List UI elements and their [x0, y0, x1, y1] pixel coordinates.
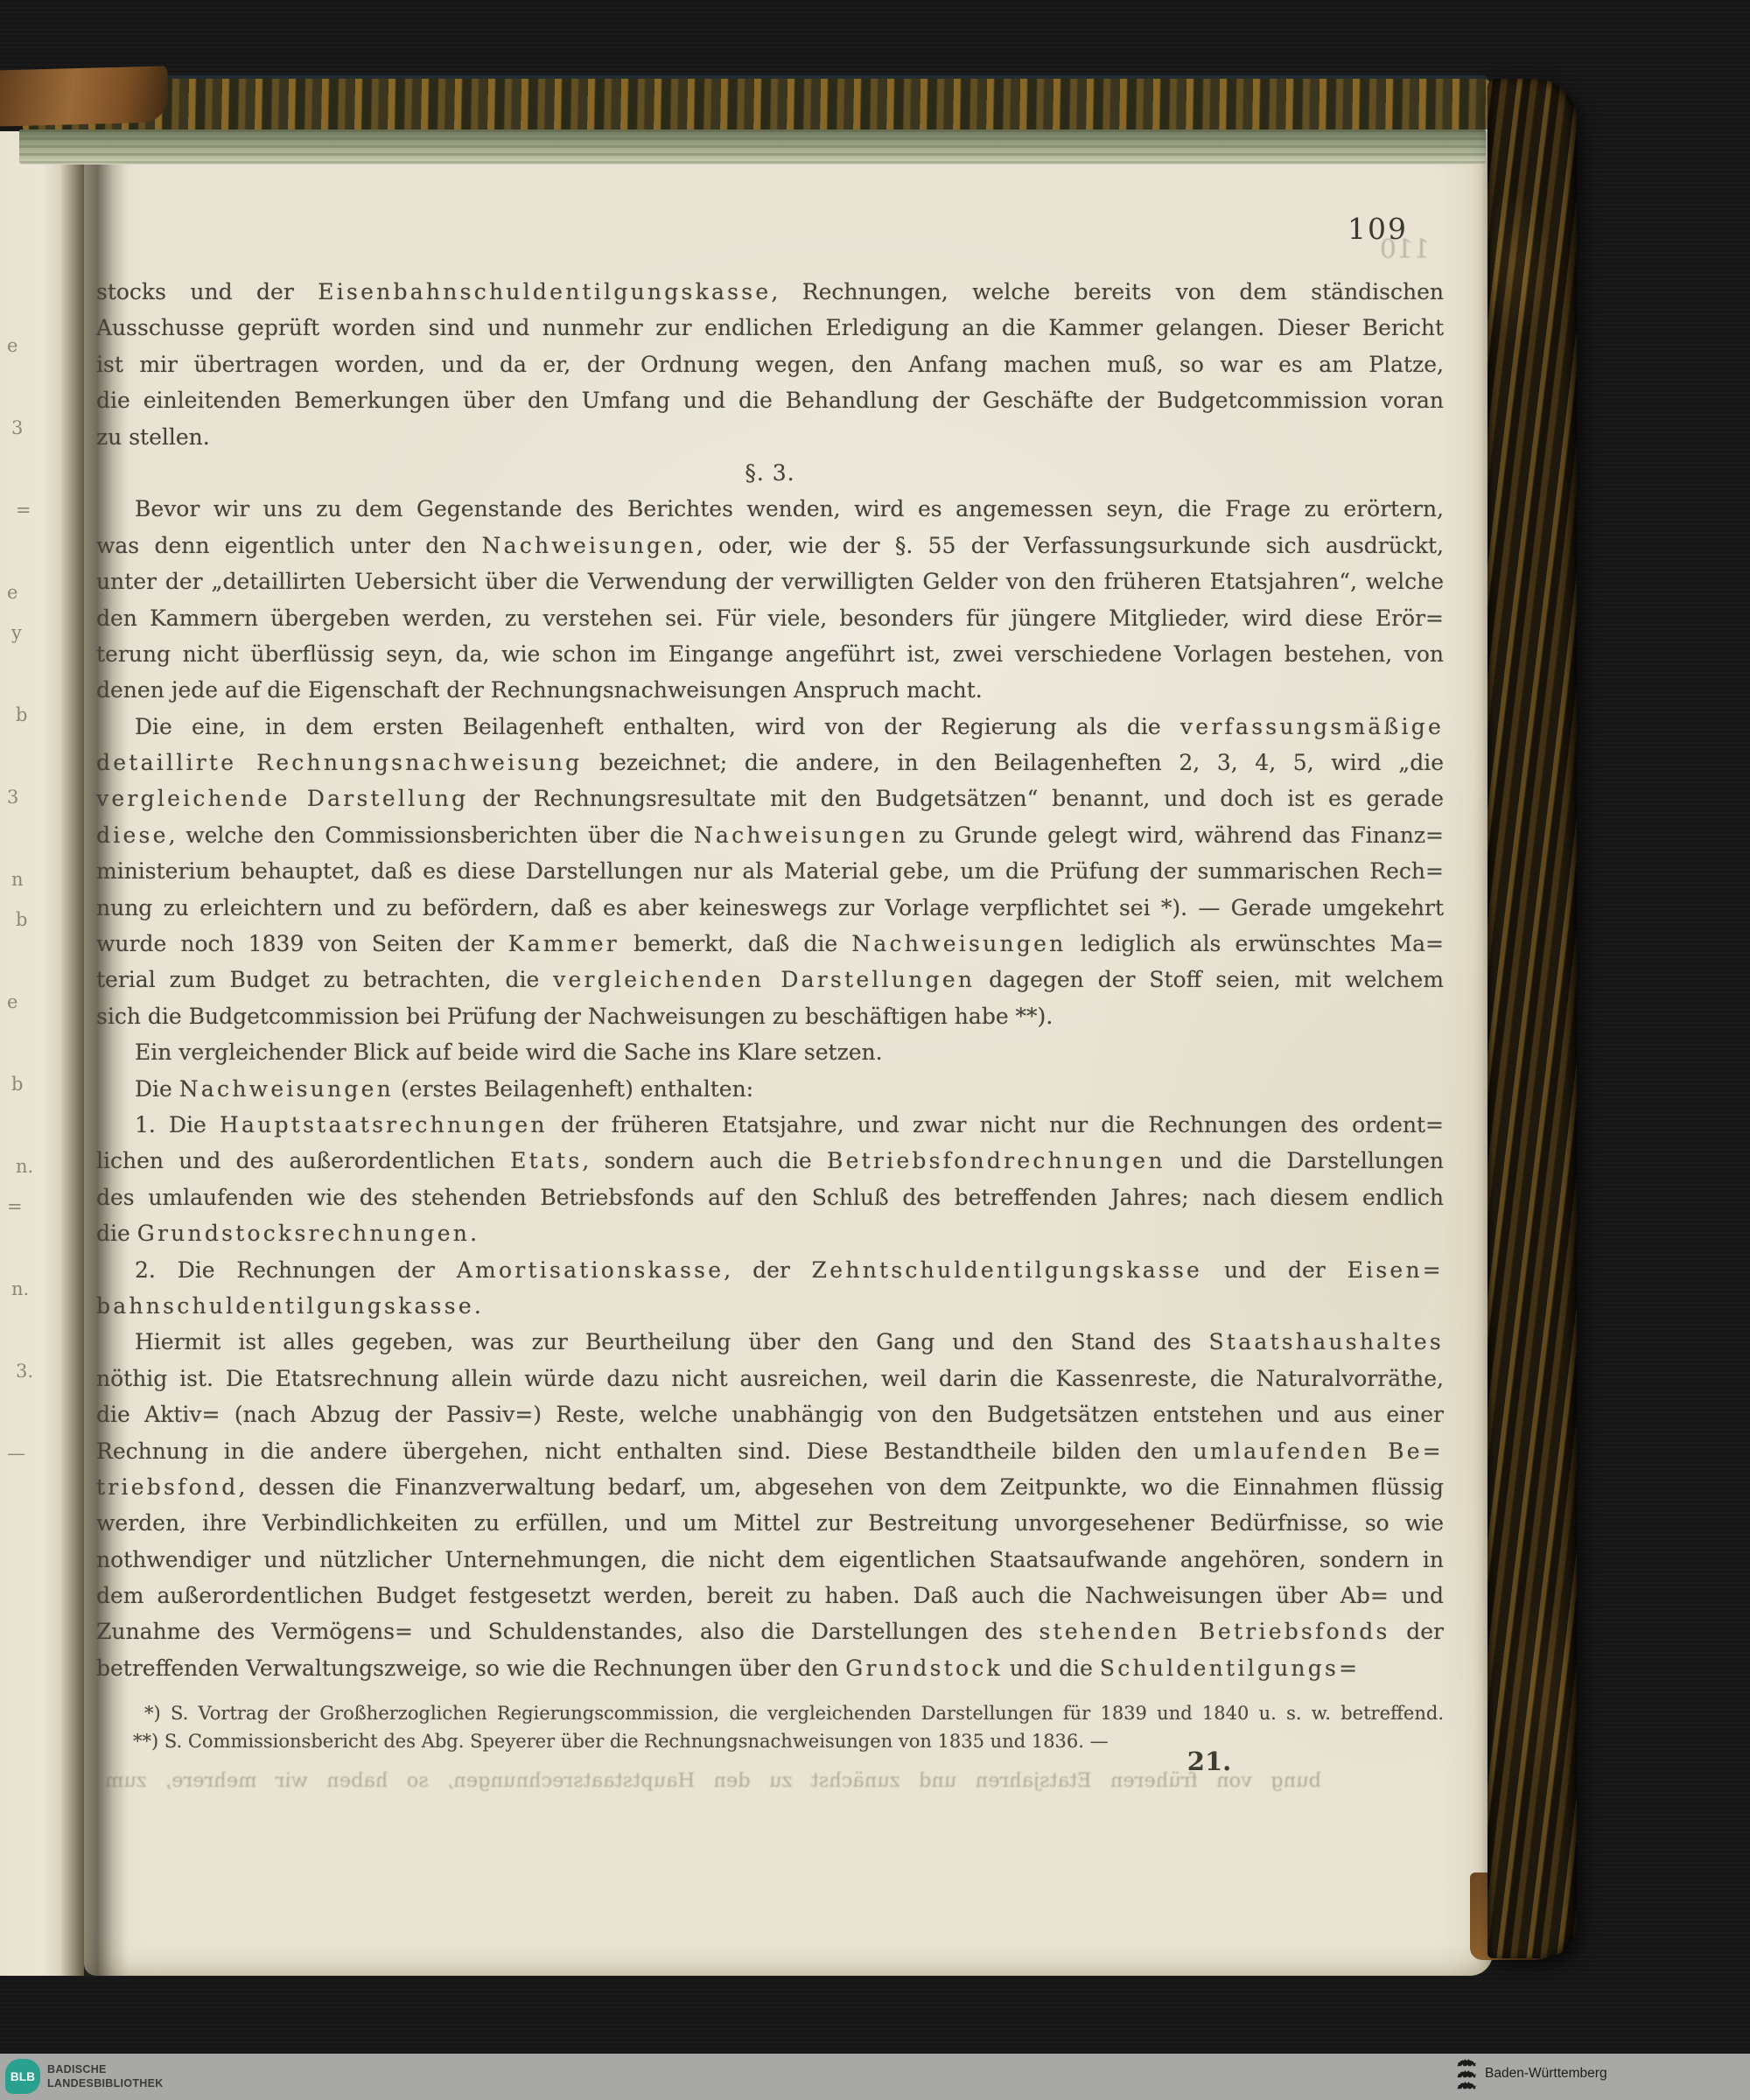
text-segment: Staatshaushaltes: [1209, 1329, 1444, 1354]
text-segment: zu Grunde gelegt wird, während das Finan…: [908, 822, 1444, 848]
text-segment: Zunahme des Vermögens= und Schuldenstand…: [96, 1619, 1039, 1644]
text-segment: Zehntschuldentilgungskasse: [812, 1257, 1202, 1283]
edge-fragment-glyph: e: [7, 993, 17, 1011]
text-segment: der früheren Etatsjahre, und zwar nicht …: [548, 1112, 1444, 1137]
text-segment: ist mir übertragen worden, und da er, de…: [96, 352, 1444, 377]
text-segment: Die eine, in dem ersten Beilagenheft ent…: [135, 714, 1180, 739]
library-name: BADISCHE LANDESBIBLIOTHEK: [47, 2063, 164, 2090]
state-logo-group: Baden-Württemberg: [1456, 2057, 1607, 2090]
text-segment: nothwendiger und nützlicher Unternehmung…: [96, 1547, 1444, 1572]
scan-viewport: { "colors": { "background": "#161616", "…: [0, 0, 1750, 2100]
book-spine: [1487, 79, 1577, 1958]
edge-fragment-glyph: n: [11, 871, 24, 889]
text-segment: lichen und des außerordentlichen: [96, 1148, 510, 1173]
text-line: dem außerordentlichen Budget festgesetzt…: [96, 1578, 1444, 1613]
text-segment: den Kammern übergeben werden, zu versteh…: [96, 605, 1444, 631]
text-line: terung nicht überflüssig seyn, da, wie s…: [96, 636, 1444, 672]
text-segment: der: [1390, 1619, 1444, 1644]
lion-icon: [1456, 2057, 1477, 2068]
text-segment: die: [96, 1221, 137, 1246]
paragraph: Bevor wir uns zu dem Gegenstande des Ber…: [96, 491, 1444, 708]
text-line: triebsfond, dessen die Finanzverwaltung …: [96, 1469, 1444, 1505]
text-segment: was denn eigentlich unter den: [96, 533, 481, 558]
text-segment: umlaufenden Be=: [1193, 1438, 1444, 1464]
text-segment: Nachweisungen: [481, 533, 696, 558]
edge-fragment-glyph: n.: [11, 1280, 29, 1298]
text-segment: die Aktiv= (nach Abzug der Passiv=) Rest…: [96, 1402, 1444, 1427]
page-top-edge: [19, 129, 1486, 164]
text-segment: Schuldentilgungs=: [1100, 1655, 1361, 1681]
text-segment: stocks und der: [96, 279, 318, 304]
page-top-marbled-edge: [23, 75, 1489, 129]
text-line: Hiermit ist alles gegeben, was zur Beurt…: [96, 1324, 1444, 1360]
text-line: terial zum Budget zu betrachten, die ver…: [96, 962, 1444, 997]
edge-fragment-glyph: y: [11, 624, 22, 642]
text-line: denen jede auf die Eigenschaft der Rechn…: [96, 672, 1444, 708]
text-line: stocks und der Eisenbahnschuldentilgungs…: [96, 274, 1444, 310]
text-line: diese, welche den Commissionsberichten ü…: [96, 817, 1444, 853]
edge-fragment-glyph: n.: [16, 1158, 33, 1176]
text-segment: , oder, wie der §. 55 der Verfassungsurk…: [696, 533, 1444, 558]
text-segment: Bevor wir uns zu dem Gegenstande des Ber…: [135, 496, 1444, 521]
text-line: ministerium behauptet, daß es diese Dars…: [96, 853, 1444, 889]
text-segment: Nachweisungen: [179, 1076, 394, 1102]
edge-fragment-glyph: e: [7, 584, 17, 602]
text-segment: sich die Budgetcommission bei Prüfung de…: [96, 1004, 1053, 1029]
text-segment: 1. Die: [135, 1112, 220, 1137]
text-line: vergleichende Darstellung der Rechnungsr…: [96, 780, 1444, 816]
text-segment: Betriebsfondrechnungen: [827, 1148, 1165, 1173]
edge-fragment-glyph: b: [16, 911, 27, 929]
text-segment: Die: [135, 1076, 179, 1102]
text-segment: detaillirte Rechnungsnachweisung: [96, 750, 582, 775]
lion-icon: [1456, 2080, 1477, 2090]
text-line: die Grundstocksrechnungen.: [96, 1215, 1444, 1251]
text-segment: , der: [724, 1257, 811, 1283]
text-segment: Ausschusse geprüft worden sind und nunme…: [96, 315, 1444, 340]
text-line: die einleitenden Bemerkungen über den Um…: [96, 382, 1444, 418]
text-line: ist mir übertragen worden, und da er, de…: [96, 346, 1444, 382]
blb-logo: BLB: [5, 2059, 40, 2094]
text-line: Ausschusse geprüft worden sind und nunme…: [96, 310, 1444, 346]
library-name-line2: LANDESBIBLIOTHEK: [47, 2077, 164, 2091]
text-segment: verfassungsmäßige: [1180, 714, 1444, 739]
footnotes: *) S. Vortrag der Großherzoglichen Regie…: [96, 1700, 1444, 1755]
text-segment: des umlaufenden wie des stehenden Betrie…: [96, 1185, 1444, 1210]
edge-fragment-glyph: 3.: [16, 1362, 33, 1381]
text-segment: bemerkt, daß die: [619, 931, 851, 956]
edge-fragment-glyph: =: [7, 1198, 23, 1216]
text-segment: dagegen der Stoff seien, mit welchem: [975, 967, 1444, 992]
paragraph: §. 3.: [96, 455, 1444, 491]
text-line: die Aktiv= (nach Abzug der Passiv=) Rest…: [96, 1396, 1444, 1432]
text-segment: stehenden Betriebsfonds: [1039, 1619, 1390, 1644]
text-segment: diese: [96, 822, 169, 848]
text-line: 2. Die Rechnungen der Amortisationskasse…: [96, 1252, 1444, 1288]
text-segment: terung nicht überflüssig seyn, da, wie s…: [96, 641, 1444, 667]
text-line: betreffenden Verwaltungszweige, so wie d…: [96, 1650, 1444, 1686]
paragraph: 2. Die Rechnungen der Amortisationskasse…: [96, 1252, 1444, 1325]
text-segment: , dessen die Finanzverwaltung bedarf, um…: [239, 1474, 1444, 1500]
paragraph: Hiermit ist alles gegeben, was zur Beurt…: [96, 1324, 1444, 1686]
text-segment: , Rechnungen, welche bereits von dem stä…: [771, 279, 1444, 304]
text-segment: .: [470, 1221, 477, 1246]
bleedthrough-text-line: bung von früheren Etatsjahren und zunäch…: [105, 1769, 1321, 1792]
paragraph: Die eine, in dem ersten Beilagenheft ent…: [96, 709, 1444, 1035]
text-segment: Etats: [510, 1148, 582, 1173]
text-segment: Nachweisungen: [694, 822, 908, 848]
text-line: Die Nachweisungen (erstes Beilagenheft) …: [96, 1071, 1444, 1107]
text-segment: .: [474, 1293, 481, 1319]
text-segment: und die: [1003, 1655, 1100, 1681]
edge-fragment-glyph: —: [7, 1445, 25, 1463]
footnote-1: *) S. Vortrag der Großherzoglichen Regie…: [96, 1700, 1444, 1728]
text-line: den Kammern übergeben werden, zu versteh…: [96, 600, 1444, 636]
footer-bar: BLB BADISCHE LANDESBIBLIOTHEK Baden-Würt…: [0, 2054, 1750, 2100]
state-label: Baden-Württemberg: [1485, 2066, 1607, 2082]
text-segment: Nachweisungen: [851, 931, 1066, 956]
text-segment: betreffenden Verwaltungszweige, so wie d…: [96, 1655, 845, 1681]
text-segment: unter der „detaillirten Uebersicht über …: [96, 569, 1444, 594]
text-line: Ein vergleichender Blick auf beide wird …: [96, 1034, 1444, 1070]
edge-fragment-glyph: 3: [11, 419, 23, 437]
lion-icon: [1456, 2068, 1477, 2079]
text-segment: nöthig ist. Die Etatsrechnung allein wür…: [96, 1366, 1444, 1391]
text-segment: wurde noch 1839 von Seiten der: [96, 931, 508, 956]
library-name-line1: BADISCHE: [47, 2063, 164, 2077]
text-line: Bevor wir uns zu dem Gegenstande des Ber…: [96, 491, 1444, 527]
text-line: nöthig ist. Die Etatsrechnung allein wür…: [96, 1361, 1444, 1396]
paragraph: Ein vergleichender Blick auf beide wird …: [96, 1034, 1444, 1070]
paragraph: stocks und der Eisenbahnschuldentilgungs…: [96, 274, 1444, 455]
text-line: sich die Budgetcommission bei Prüfung de…: [96, 998, 1444, 1034]
page-number: 109: [1347, 212, 1444, 246]
text-segment: und der: [1202, 1257, 1347, 1283]
text-line: lichen und des außerordentlichen Etats, …: [96, 1143, 1444, 1179]
text-segment: vergleichenden Darstellungen: [553, 967, 975, 992]
text-segment: ministerium behauptet, daß es diese Dars…: [96, 858, 1444, 884]
text-line: bahnschuldentilgungskasse.: [96, 1288, 1444, 1324]
footnote-2: **) S. Commissionsbericht des Abg. Speye…: [96, 1728, 1444, 1756]
text-line: §. 3.: [96, 455, 1444, 491]
text-segment: 2. Die Rechnungen der: [135, 1257, 457, 1283]
text-segment: , welche den Commissionsberichten über d…: [169, 822, 694, 848]
text-line: was denn eigentlich unter den Nachweisun…: [96, 528, 1444, 563]
text-segment: triebsfond: [96, 1474, 239, 1500]
body-text: stocks und der Eisenbahnschuldentilgungs…: [96, 274, 1444, 1686]
text-segment: dem außerordentlichen Budget festgesetzt…: [96, 1583, 1444, 1608]
text-line: detaillirte Rechnungsnachweisung bezeich…: [96, 745, 1444, 780]
text-line: des umlaufenden wie des stehenden Betrie…: [96, 1179, 1444, 1215]
edge-fragment-glyph: b: [16, 706, 27, 724]
text-segment: nung zu erleichtern und zu befördern, da…: [96, 895, 1444, 920]
text-segment: Eisenbahnschuldentilgungskasse: [318, 279, 771, 304]
sheet-signature: 21.: [1183, 1746, 1235, 1776]
text-segment: (erstes Beilagenheft) enthalten:: [394, 1076, 753, 1102]
text-segment: vergleichende Darstellung: [96, 786, 468, 811]
text-line: Zunahme des Vermögens= und Schuldenstand…: [96, 1613, 1444, 1649]
edge-fragment-glyph: e: [7, 337, 17, 355]
text-segment: zu stellen.: [96, 424, 210, 450]
text-segment: Ein vergleichender Blick auf beide wird …: [135, 1039, 883, 1065]
text-line: nung zu erleichtern und zu befördern, da…: [96, 890, 1444, 926]
text-line: wurde noch 1839 von Seiten der Kammer be…: [96, 926, 1444, 962]
edge-fragment-glyph: 3: [7, 788, 18, 807]
text-segment: Hauptstaatsrechnungen: [220, 1112, 548, 1137]
text-segment: Grundstocksrechnungen: [137, 1221, 470, 1246]
text-segment: der Rechnungsresultate mit den Budgetsät…: [468, 786, 1444, 811]
text-segment: terial zum Budget zu betrachten, die: [96, 967, 553, 992]
text-segment: Rechnung in die andere übergehen, nicht …: [96, 1438, 1193, 1464]
paragraph: Die Nachweisungen (erstes Beilagenheft) …: [96, 1071, 1444, 1107]
text-segment: denen jede auf die Eigenschaft der Rechn…: [96, 677, 983, 703]
text-segment: bahnschuldentilgungskasse: [96, 1293, 474, 1319]
text-segment: lediglich als erwünschtes Ma=: [1067, 931, 1444, 956]
text-segment: Eisen=: [1347, 1257, 1444, 1283]
text-segment: werden, ihre Verbindlichkeiten zu erfüll…: [96, 1510, 1444, 1536]
paragraph: 1. Die Hauptstaatsrechnungen der frühere…: [96, 1107, 1444, 1252]
cover-corner-top-left: [0, 66, 169, 126]
text-line: Die eine, in dem ersten Beilagenheft ent…: [96, 709, 1444, 745]
text-segment: bezeichnet; die andere, in den Beilagenh…: [582, 750, 1444, 775]
text-line: zu stellen.: [96, 419, 1444, 455]
text-segment: Kammer: [508, 931, 619, 956]
edge-fragment-glyph: =: [16, 501, 31, 520]
text-segment: die einleitenden Bemerkungen über den Um…: [96, 388, 1444, 413]
text-segment: , sondern auch die: [582, 1148, 827, 1173]
text-segment: und die Darstellungen: [1165, 1148, 1444, 1173]
blb-logo-label: BLB: [10, 2070, 35, 2083]
text-segment: §. 3.: [745, 460, 794, 486]
text-line: 1. Die Hauptstaatsrechnungen der frühere…: [96, 1107, 1444, 1143]
text-segment: Amortisationskasse: [457, 1257, 724, 1283]
text-segment: Hiermit ist alles gegeben, was zur Beurt…: [135, 1329, 1209, 1354]
bw-lions-icon: [1456, 2057, 1477, 2090]
text-line: unter der „detaillirten Uebersicht über …: [96, 563, 1444, 599]
text-line: Rechnung in die andere übergehen, nicht …: [96, 1433, 1444, 1469]
edge-fragment-glyph: b: [11, 1075, 23, 1094]
text-line: werden, ihre Verbindlichkeiten zu erfüll…: [96, 1505, 1444, 1541]
text-line: nothwendiger und nützlicher Unternehmung…: [96, 1542, 1444, 1578]
text-segment: Grundstock: [845, 1655, 1003, 1681]
